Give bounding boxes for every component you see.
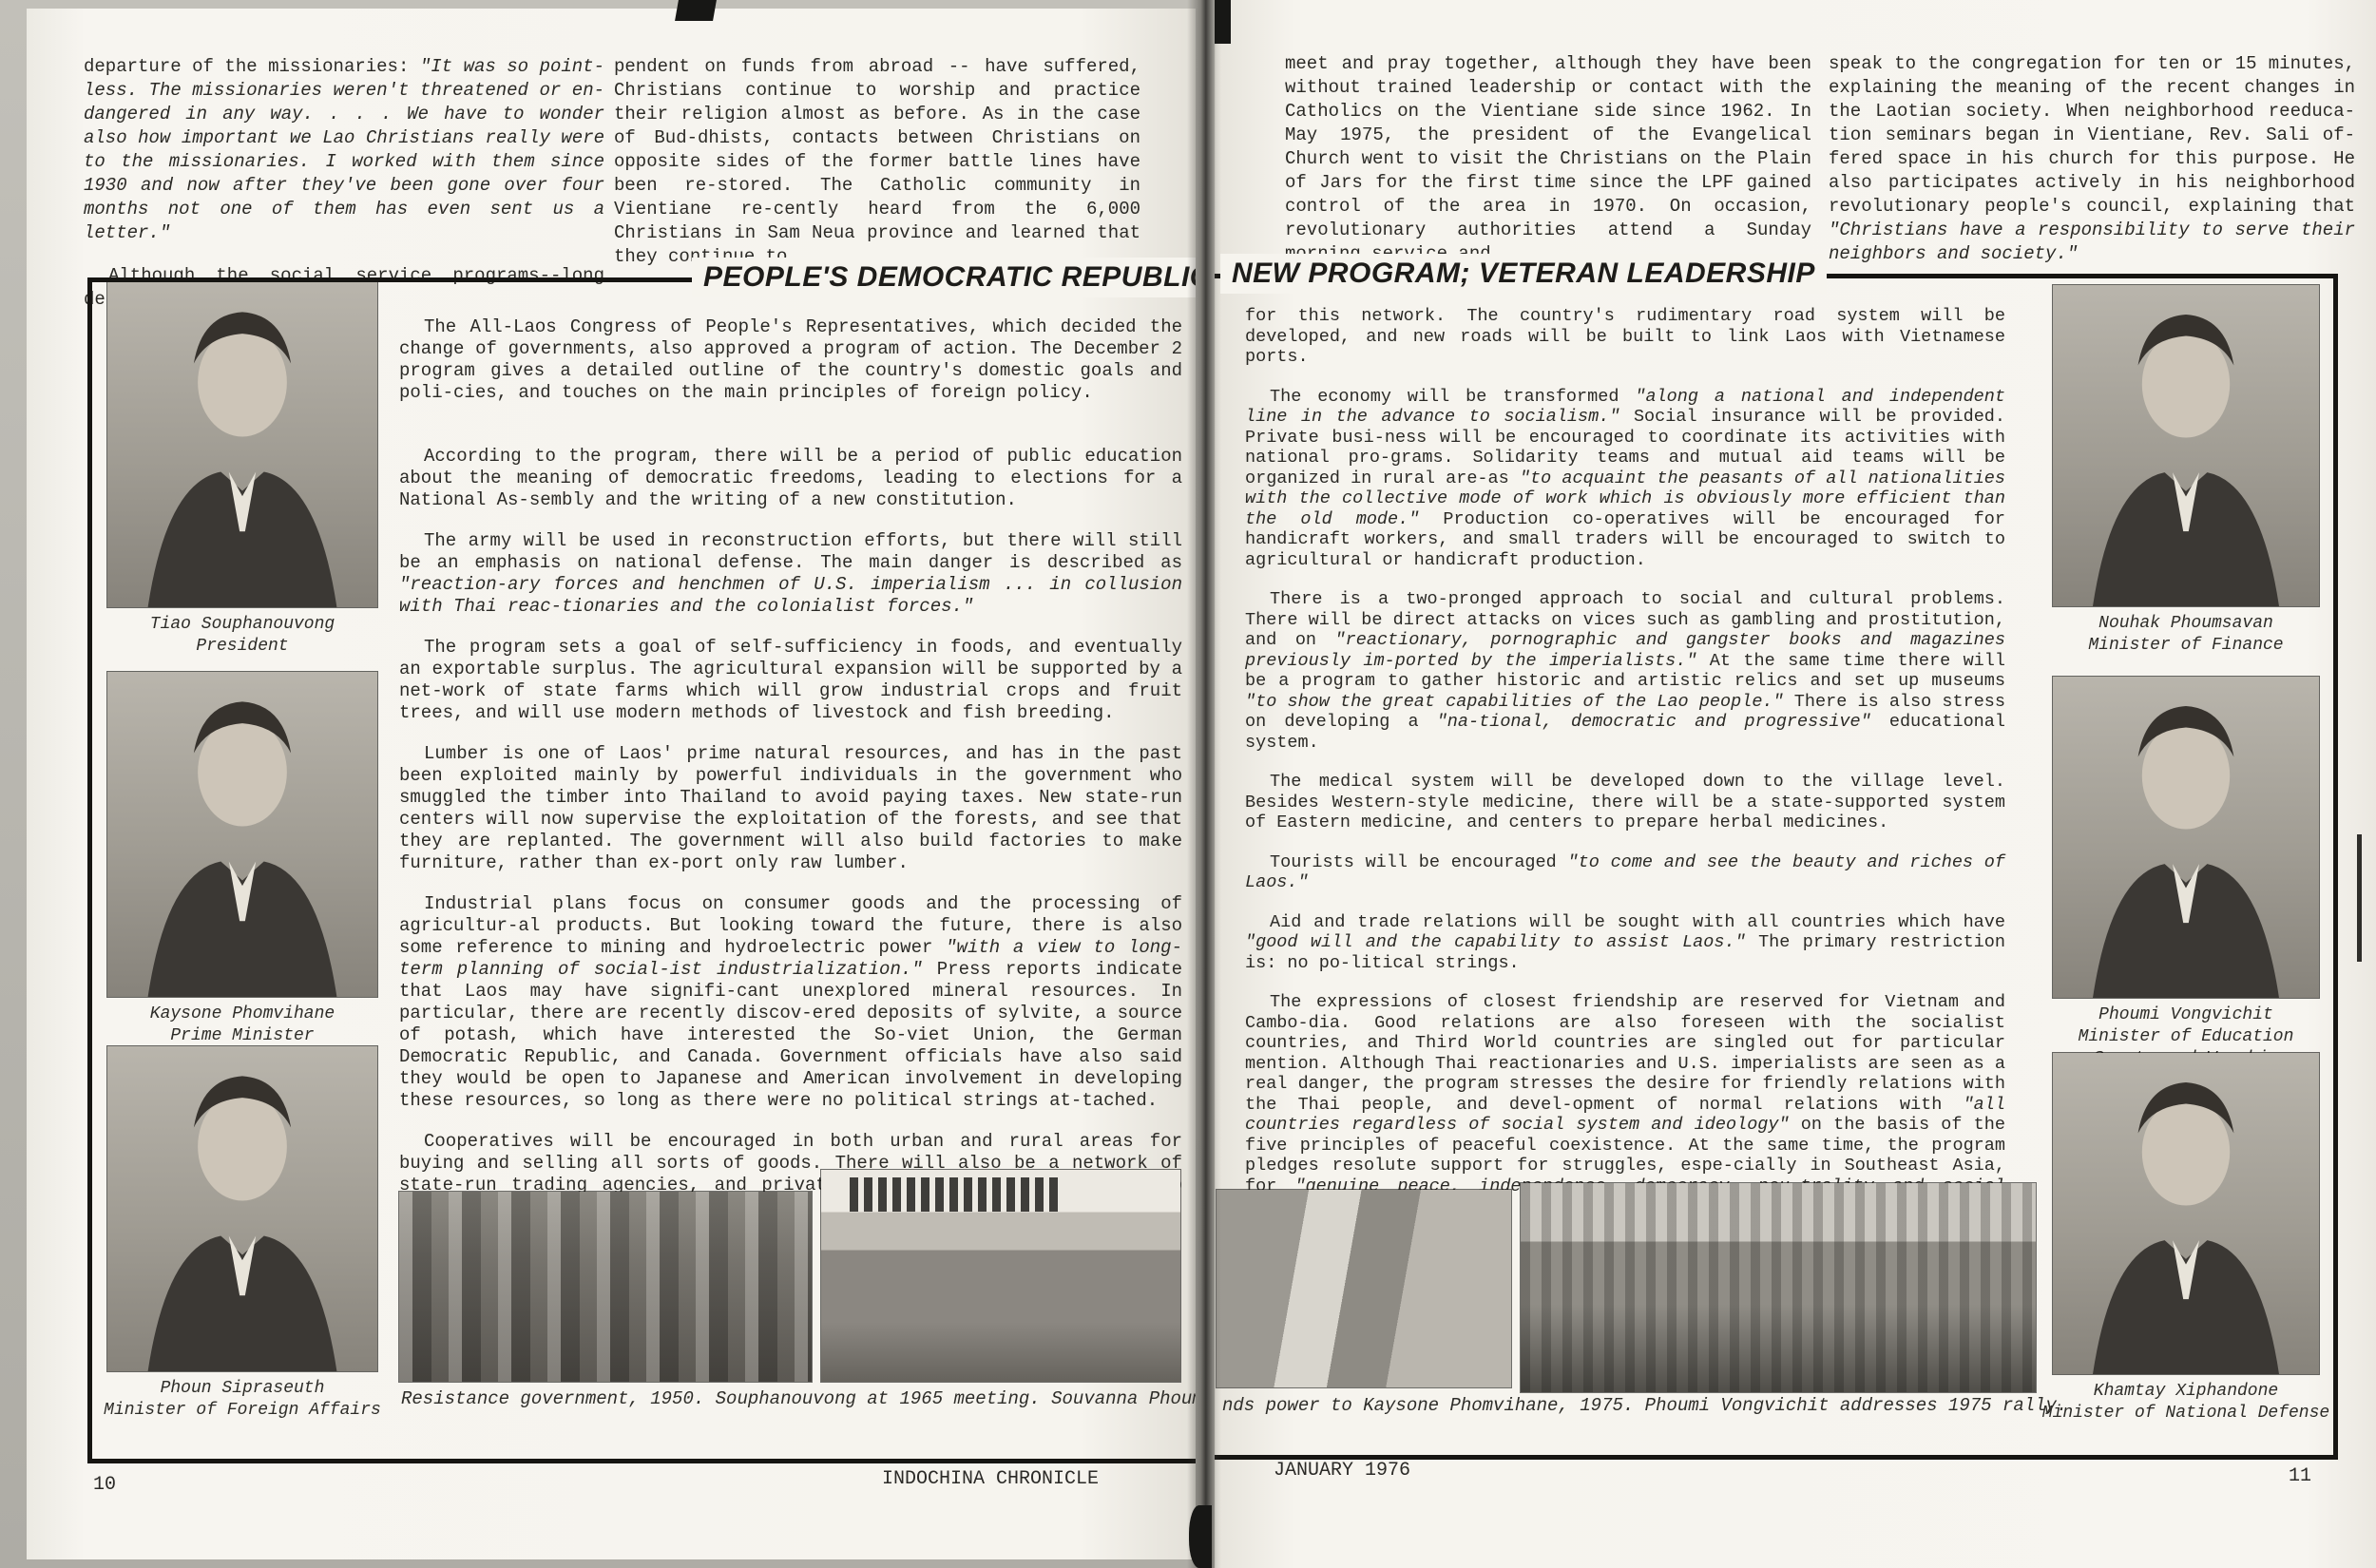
paragraph: The army will be used in reconstruction … (399, 530, 1182, 618)
paragraph: There is a two-pronged approach to socia… (1245, 589, 2005, 753)
paragraph: According to the program, there will be … (399, 446, 1182, 511)
paragraph: The economy will be transformed "along a… (1245, 387, 2005, 571)
official-portrait: Kaysone Phomvihane Prime Minister (107, 672, 377, 1047)
portrait-silhouette-icon (107, 672, 377, 997)
article-headline-left: PEOPLE'S DEMOCRATIC REPUBLIC OF LAOS (692, 258, 1196, 297)
scan-artifact (1189, 1505, 1212, 1568)
portrait-title: Minister of Foreign Affairs (71, 1400, 413, 1422)
paragraph: Aid and trade relations will be sought w… (1245, 912, 2005, 974)
page-gutter-shadow (1187, 0, 1221, 1568)
portrait-caption: Phoun Sipraseuth Minister of Foreign Aff… (71, 1378, 413, 1422)
paragraph: Tourists will be encouraged "to come and… (1245, 852, 2005, 893)
photo-caption-left: Resistance government, 1950. Souphanouvo… (401, 1388, 1196, 1409)
paragraph: for this network. The country's rudiment… (1245, 306, 2005, 368)
portrait-silhouette-icon (2053, 677, 2319, 998)
scan-artifact (1215, 0, 1231, 44)
portrait-photo (107, 282, 377, 607)
headline-text-right: NEW PROGRAM; VETERAN LEADERSHIP (1232, 258, 1815, 289)
photo-caption-right: nds power to Kaysone Phomvihane, 1975. P… (1222, 1395, 2067, 1416)
intro-column-4: speak to the congregation for ten or 15 … (1829, 52, 2355, 285)
portrait-silhouette-icon (107, 282, 377, 607)
portrait-name: Nouhak Phoumsavan (2005, 613, 2366, 635)
scan-artifact (675, 0, 717, 21)
page-right: meet and pray together, although they ha… (1215, 0, 2376, 1568)
portrait-caption: Kaysone Phomvihane Prime Minister (71, 1004, 413, 1047)
portrait-name: Tiao Souphanouvong (71, 614, 413, 636)
portrait-caption: Nouhak Phoumsavan Minister of Finance (2005, 613, 2366, 657)
portrait-silhouette-icon (107, 1046, 377, 1371)
article-body-left: The All-Laos Congress of People's Repres… (399, 316, 1182, 1237)
paragraph: Industrial plans focus on consumer goods… (399, 893, 1182, 1112)
page-number-left: 10 (93, 1474, 116, 1496)
issue-date: JANUARY 1976 (1274, 1460, 1410, 1482)
official-portrait: Tiao Souphanouvong President (107, 282, 377, 658)
scan-artifact (2357, 834, 2362, 962)
article-body-right: for this network. The country's rudiment… (1245, 306, 2005, 1236)
portrait-photo (107, 1046, 377, 1371)
portrait-photo (2053, 285, 2319, 606)
paragraph: The medical system will be developed dow… (1245, 772, 2005, 833)
scanned-magazine-spread: departure of the missionaries: "It was s… (0, 0, 2376, 1568)
intro-column-2: pendent on funds from abroad -- have suf… (614, 55, 1140, 288)
portrait-photo (107, 672, 377, 997)
journal-title: INDOCHINA CHRONICLE (882, 1468, 1099, 1490)
official-portrait: Phoumi Vongvichit Minister of Education … (2053, 677, 2319, 1070)
page-number-right: 11 (2289, 1465, 2311, 1487)
portrait-caption: Tiao Souphanouvong President (71, 614, 413, 658)
paragraph: The program sets a goal of self-sufficie… (399, 637, 1182, 724)
paragraph: Lumber is one of Laos' prime natural res… (399, 743, 1182, 874)
official-portrait: Phoun Sipraseuth Minister of Foreign Aff… (107, 1046, 377, 1422)
portrait-title: Prime Minister (71, 1025, 413, 1047)
portrait-name: Phoun Sipraseuth (71, 1378, 413, 1400)
intro-column-3: meet and pray together, although they ha… (1285, 52, 1811, 285)
photo-handover-to-kaysone-1975 (1217, 1190, 1511, 1387)
photo-phoumi-rally-1975 (1521, 1183, 2036, 1392)
article-headline-right: NEW PROGRAM; VETERAN LEADERSHIP (1220, 254, 1827, 294)
portrait-silhouette-icon (2053, 1053, 2319, 1374)
portrait-name: Phoumi Vongvichit (2005, 1004, 2366, 1026)
paragraph: speak to the congregation for ten or 15 … (1829, 52, 2355, 266)
paragraph: meet and pray together, although they ha… (1285, 52, 1811, 266)
photo-resistance-government-1950 (399, 1192, 812, 1382)
portrait-name: Kaysone Phomvihane (71, 1004, 413, 1025)
page-left: departure of the missionaries: "It was s… (27, 9, 1196, 1559)
portrait-title: President (71, 636, 413, 658)
portrait-photo (2053, 677, 2319, 998)
paragraph: departure of the missionaries: "It was s… (84, 55, 604, 245)
paragraph: The All-Laos Congress of People's Repres… (399, 316, 1182, 404)
official-portrait: Nouhak Phoumsavan Minister of Finance (2053, 285, 2319, 657)
headline-text-left: PEOPLE'S DEMOCRATIC REPUBLIC OF LAOS (703, 261, 1196, 293)
photo-souphanouvong-1965-meeting (821, 1170, 1180, 1382)
portrait-silhouette-icon (2053, 285, 2319, 606)
official-portrait: Khamtay Xiphandone Minister of National … (2053, 1053, 2319, 1425)
portrait-photo (2053, 1053, 2319, 1374)
paragraph: pendent on funds from abroad -- have suf… (614, 55, 1140, 269)
portrait-title: Minister of Finance (2005, 635, 2366, 657)
